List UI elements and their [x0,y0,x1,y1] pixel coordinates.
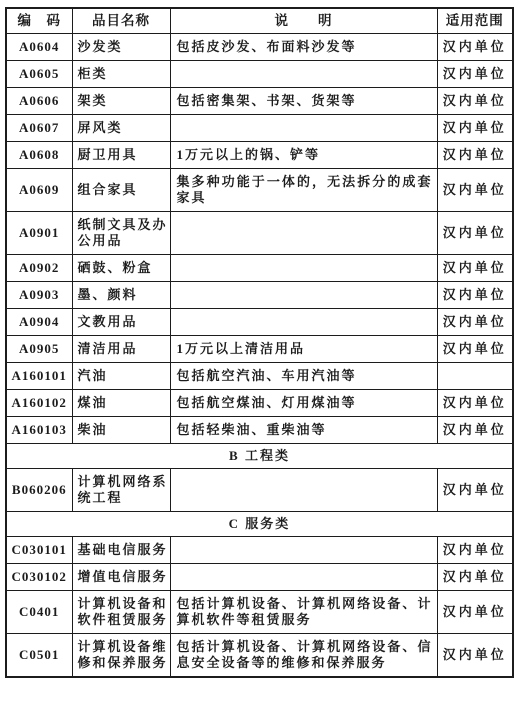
cell-code: A160102 [6,389,72,416]
cell-code: A0607 [6,114,72,141]
cell-desc [170,114,437,141]
cell-scope [437,362,513,389]
cell-desc [170,468,437,511]
cell-desc: 1万元以上清洁用品 [170,335,437,362]
table-row: A160103柴油包括轻柴油、重柴油等汉内单位 [6,416,513,443]
column-header-code: 编 码 [6,8,72,33]
cell-desc: 1万元以上的锅、铲等 [170,141,437,168]
cell-name: 沙发类 [72,33,170,60]
cell-name: 煤油 [72,389,170,416]
cell-desc [170,563,437,590]
cell-code: A0609 [6,168,72,211]
cell-desc: 包括轻柴油、重柴油等 [170,416,437,443]
cell-desc [170,308,437,335]
document-page: 编 码 品目名称 说 明 适用范围 A0604沙发类包括皮沙发、布面料沙发等汉内… [0,0,518,713]
cell-name: 屏风类 [72,114,170,141]
cell-scope: 汉内单位 [437,254,513,281]
cell-scope: 汉内单位 [437,33,513,60]
cell-name: 组合家具 [72,168,170,211]
section-row: C 服务类 [6,511,513,536]
cell-scope: 汉内单位 [437,536,513,563]
cell-name: 硒鼓、粉盒 [72,254,170,281]
cell-scope: 汉内单位 [437,211,513,254]
cell-name: 增值电信服务 [72,563,170,590]
cell-name: 柴油 [72,416,170,443]
cell-scope: 汉内单位 [437,389,513,416]
table-body: A0604沙发类包括皮沙发、布面料沙发等汉内单位A0605柜类汉内单位A0606… [6,33,513,677]
cell-code: A0902 [6,254,72,281]
table-row: A0902硒鼓、粉盒汉内单位 [6,254,513,281]
cell-desc: 包括航空汽油、车用汽油等 [170,362,437,389]
cell-name: 厨卫用具 [72,141,170,168]
cell-code: B060206 [6,468,72,511]
cell-code: C030101 [6,536,72,563]
cell-scope: 汉内单位 [437,141,513,168]
column-header-desc: 说 明 [170,8,437,33]
table-row: C030101基础电信服务汉内单位 [6,536,513,563]
cell-scope: 汉内单位 [437,590,513,633]
cell-name: 柜类 [72,60,170,87]
table-row: A160101汽油包括航空汽油、车用汽油等 [6,362,513,389]
cell-scope: 汉内单位 [437,87,513,114]
cell-name: 基础电信服务 [72,536,170,563]
cell-scope: 汉内单位 [437,468,513,511]
cell-scope: 汉内单位 [437,60,513,87]
cell-code: C0401 [6,590,72,633]
table-row: C030102增值电信服务汉内单位 [6,563,513,590]
table-row: A0904文教用品汉内单位 [6,308,513,335]
cell-desc: 包括航空煤油、灯用煤油等 [170,389,437,416]
cell-code: A0608 [6,141,72,168]
cell-scope: 汉内单位 [437,308,513,335]
cell-code: C0501 [6,633,72,677]
table-row: A0905清洁用品1万元以上清洁用品汉内单位 [6,335,513,362]
cell-scope: 汉内单位 [437,335,513,362]
cell-code: C030102 [6,563,72,590]
cell-name: 架类 [72,87,170,114]
table-row: B060206计算机网络系统工程汉内单位 [6,468,513,511]
cell-code: A160103 [6,416,72,443]
cell-desc [170,211,437,254]
cell-code: A0901 [6,211,72,254]
table-row: A0608厨卫用具1万元以上的锅、铲等汉内单位 [6,141,513,168]
cell-name: 汽油 [72,362,170,389]
table-row: A0607屏风类汉内单位 [6,114,513,141]
cell-name: 文教用品 [72,308,170,335]
table-row: C0401计算机设备和软件租赁服务包括计算机设备、计算机网络设备、计算机软件等租… [6,590,513,633]
cell-desc [170,254,437,281]
cell-name: 计算机设备维修和保养服务 [72,633,170,677]
procurement-catalog-table: 编 码 品目名称 说 明 适用范围 A0604沙发类包括皮沙发、布面料沙发等汉内… [5,7,514,678]
cell-code: A0903 [6,281,72,308]
table-row: C0501计算机设备维修和保养服务包括计算机设备、计算机网络设备、信息安全设备等… [6,633,513,677]
cell-desc: 包括计算机设备、计算机网络设备、计算机软件等租赁服务 [170,590,437,633]
column-header-name: 品目名称 [72,8,170,33]
cell-desc: 集多种功能于一体的，无法拆分的成套家具 [170,168,437,211]
cell-desc [170,536,437,563]
table-row: A0903墨、颜料汉内单位 [6,281,513,308]
cell-name: 清洁用品 [72,335,170,362]
table-row: A0605柜类汉内单位 [6,60,513,87]
table-row: A0901纸制文具及办公用品汉内单位 [6,211,513,254]
table-header-row: 编 码 品目名称 说 明 适用范围 [6,8,513,33]
cell-scope: 汉内单位 [437,563,513,590]
table-row: A0606架类包括密集架、书架、货架等汉内单位 [6,87,513,114]
cell-desc: 包括计算机设备、计算机网络设备、信息安全设备等的维修和保养服务 [170,633,437,677]
cell-code: A0904 [6,308,72,335]
table-row: A0604沙发类包括皮沙发、布面料沙发等汉内单位 [6,33,513,60]
cell-code: A160101 [6,362,72,389]
cell-desc [170,60,437,87]
table-row: A0609组合家具集多种功能于一体的，无法拆分的成套家具汉内单位 [6,168,513,211]
table-row: A160102煤油包括航空煤油、灯用煤油等汉内单位 [6,389,513,416]
cell-desc [170,281,437,308]
cell-scope: 汉内单位 [437,114,513,141]
column-header-scope: 适用范围 [437,8,513,33]
cell-code: A0604 [6,33,72,60]
cell-code: A0905 [6,335,72,362]
cell-scope: 汉内单位 [437,168,513,211]
cell-scope: 汉内单位 [437,633,513,677]
cell-name: 墨、颜料 [72,281,170,308]
cell-name: 计算机设备和软件租赁服务 [72,590,170,633]
cell-desc: 包括密集架、书架、货架等 [170,87,437,114]
section-label: C 服务类 [6,511,513,536]
cell-desc: 包括皮沙发、布面料沙发等 [170,33,437,60]
cell-scope: 汉内单位 [437,416,513,443]
cell-scope: 汉内单位 [437,281,513,308]
section-row: B 工程类 [6,443,513,468]
cell-code: A0605 [6,60,72,87]
cell-name: 纸制文具及办公用品 [72,211,170,254]
cell-code: A0606 [6,87,72,114]
section-label: B 工程类 [6,443,513,468]
cell-name: 计算机网络系统工程 [72,468,170,511]
